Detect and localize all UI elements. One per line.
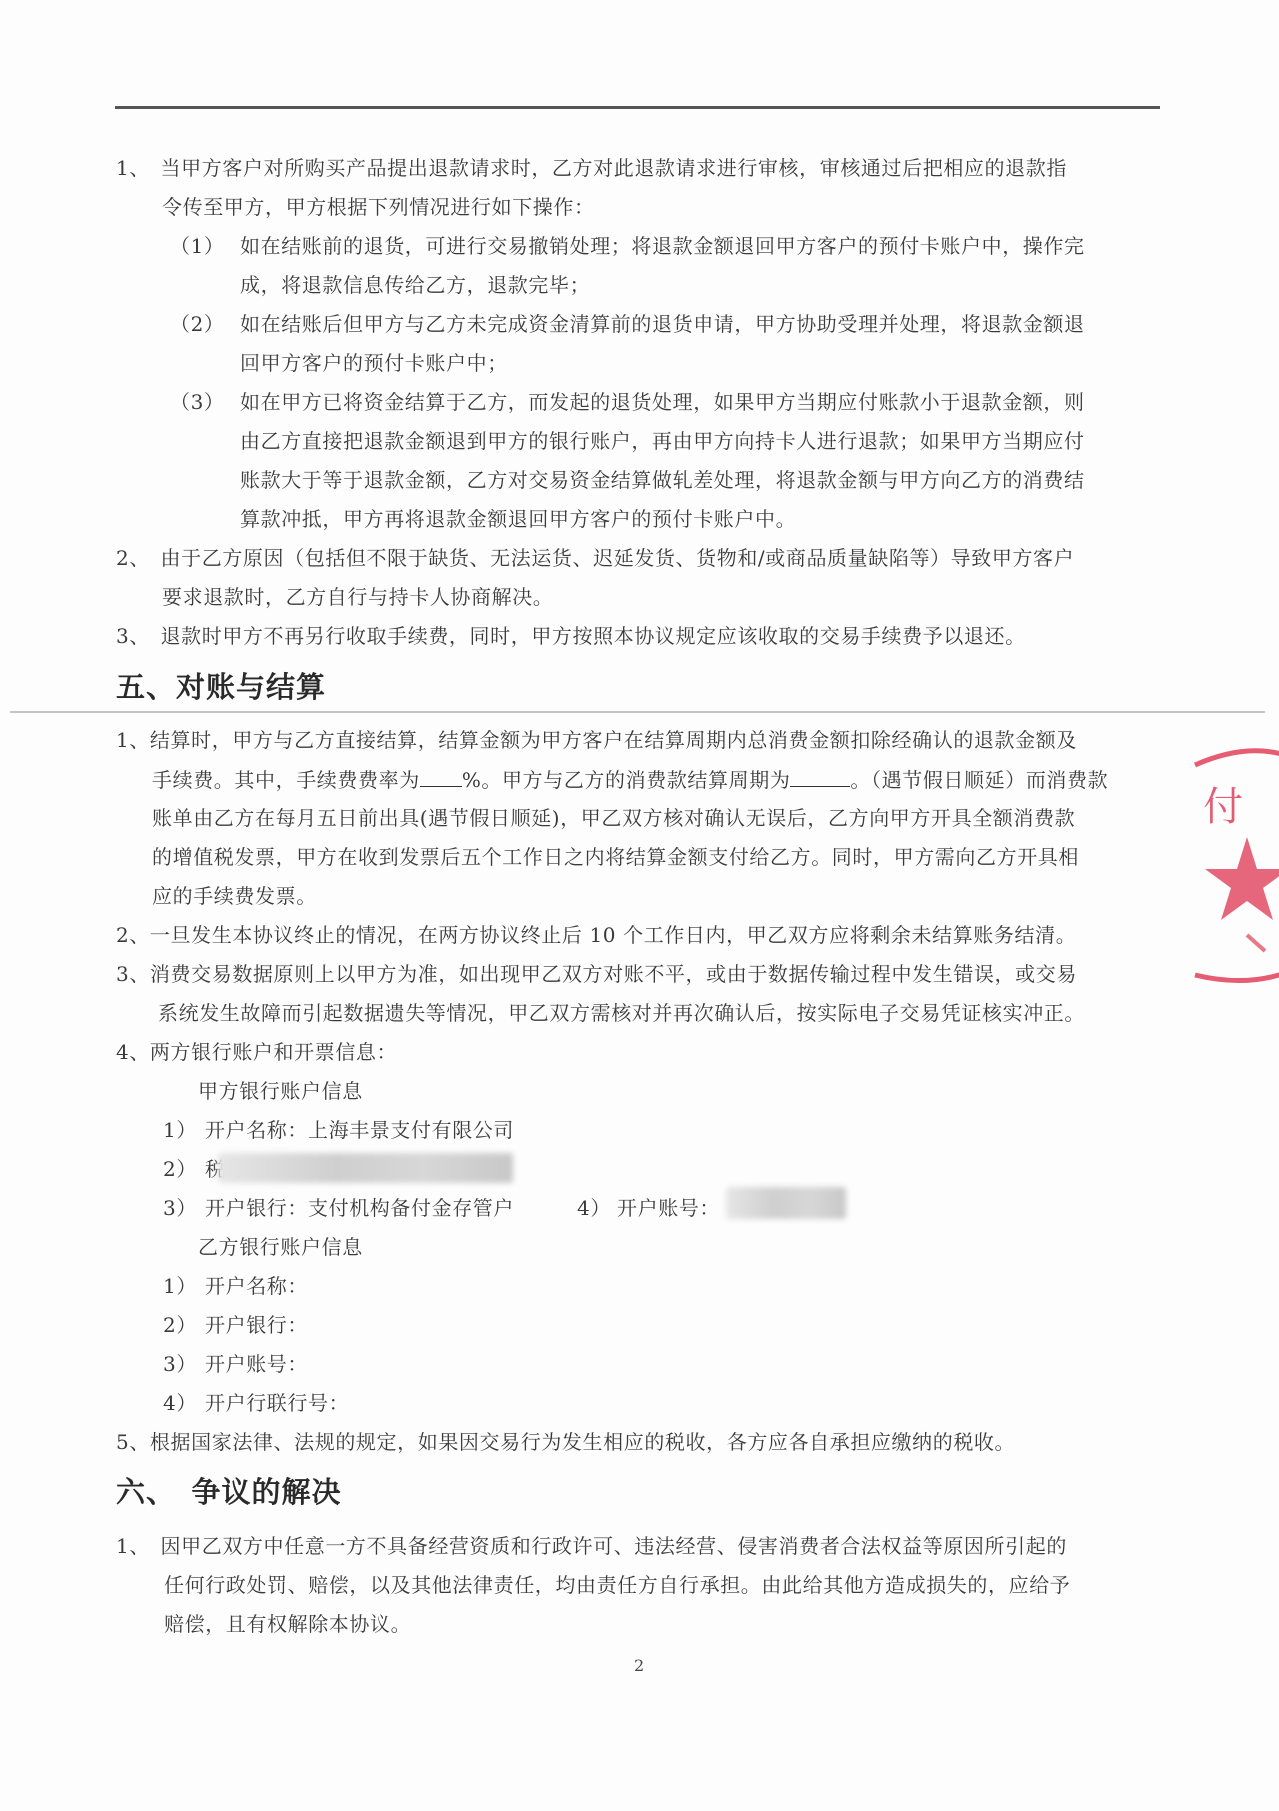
party-b-account-name-label: 开户名称： bbox=[205, 1273, 308, 1299]
s5-item2-line1: 2、一旦发生本协议终止的情况，在两方协议终止后 10 个工作日内，甲乙双方应将剩… bbox=[116, 922, 1076, 948]
s6-item1-line3: 赔偿，且有权解除本协议。 bbox=[164, 1611, 411, 1637]
party-b-f1-num: 1） bbox=[163, 1273, 197, 1299]
party-a-title: 甲方银行账户信息 bbox=[198, 1078, 363, 1104]
s4-sub1-num: （1） bbox=[170, 233, 225, 259]
party-a-account-number-redacted bbox=[726, 1187, 846, 1219]
s4-sub2-num: （2） bbox=[170, 311, 225, 337]
s5-item3-line2: 系统发生故障而引起数据遗失等情况，甲乙双方需核对并再次确认后，按实际电子交易凭证… bbox=[158, 1000, 1085, 1026]
s4-item1-line2: 令传至甲方，甲方根据下列情况进行如下操作： bbox=[162, 194, 595, 220]
header-rule bbox=[115, 106, 1160, 109]
party-a-f1-num: 1） bbox=[163, 1117, 197, 1143]
s5-item5-line1: 5、根据国家法律、法规的规定，如果因交易行为发生相应的税收，各方应各自承担应缴纳… bbox=[116, 1429, 1015, 1455]
s4-sub2-line1: 如在结账后但甲方与乙方未完成资金清算前的退货申请，甲方协助受理并处理，将退款金额… bbox=[240, 311, 1085, 337]
party-a-bank: 开户银行：支付机构备付金存管户 bbox=[205, 1195, 514, 1221]
party-b-account-number-label: 开户账号： bbox=[205, 1351, 308, 1377]
s4-item1-line1: 1、 当甲方客户对所购买产品提出退款请求时，乙方对此退款请求进行审核，审核通过后… bbox=[116, 155, 1067, 181]
s4-sub3-num: （3） bbox=[170, 389, 225, 415]
party-a-tax-id-redacted bbox=[218, 1153, 513, 1183]
s4-sub1-line1: 如在结账前的退货，可进行交易撤销处理；将退款金额退回甲方客户的预付卡账户中，操作… bbox=[240, 233, 1085, 259]
party-b-f2-num: 2） bbox=[163, 1312, 197, 1338]
section5-heading: 五、对账与结算 bbox=[116, 665, 326, 706]
party-a-f3-num: 3） bbox=[163, 1195, 197, 1221]
s4-sub3-line1: 如在甲方已将资金结算于乙方，而发起的退货处理，如果甲方当期应付账款小于退款金额，… bbox=[240, 389, 1085, 415]
party-a-f4-num: 4） bbox=[577, 1195, 611, 1221]
party-b-bank-label: 开户银行： bbox=[205, 1312, 308, 1338]
section5-rule bbox=[10, 711, 1265, 713]
section6-heading: 六、 争议的解决 bbox=[116, 1470, 342, 1511]
s5-item1-line1: 1、结算时，甲方与乙方直接结算，结算金额为甲方客户在结算周期内总消费金额扣除经确… bbox=[116, 727, 1077, 753]
s5-item1-line5: 应的手续费发票。 bbox=[152, 883, 317, 909]
s4-sub1-line2: 成，将退款信息传给乙方，退款完毕； bbox=[240, 272, 590, 298]
party-a-account-number-label: 开户账号： bbox=[617, 1195, 720, 1221]
s4-sub3-line2: 由乙方直接把退款金额退到甲方的银行账户，再由甲方向持卡人进行退款；如果甲方当期应… bbox=[240, 428, 1085, 454]
s6-item1-line2: 任何行政处罚、赔偿，以及其他法律责任，均由责任方自行承担。由此给其他方造成损失的… bbox=[164, 1572, 1070, 1598]
company-seal-icon: 付 bbox=[1185, 725, 1279, 995]
s5-item4-line1: 4、两方银行账户和开票信息： bbox=[116, 1039, 397, 1065]
fee-rate-blank[interactable] bbox=[420, 766, 462, 787]
party-a-f2-num: 2） bbox=[163, 1156, 197, 1182]
s4-item2-line2: 要求退款时，乙方自行与持卡人协商解决。 bbox=[162, 584, 553, 610]
s4-sub3-line4: 算款冲抵，甲方再将退款金额退回甲方客户的预付卡账户中。 bbox=[240, 506, 796, 532]
s5-item1-line2-a: 手续费。其中，手续费费率为 bbox=[152, 768, 420, 792]
s5-item3-line1: 3、消费交易数据原则上以甲方为准，如出现甲乙双方对账不平，或由于数据传输过程中发… bbox=[116, 961, 1077, 987]
page-number: 2 bbox=[634, 1656, 644, 1675]
party-b-title: 乙方银行账户信息 bbox=[198, 1234, 363, 1260]
s4-item3-line1: 3、 退款时甲方不再另行收取手续费，同时，甲方按照本协议规定应该收取的交易手续费… bbox=[116, 623, 1026, 649]
party-b-f3-num: 3） bbox=[163, 1351, 197, 1377]
party-a-account-name: 开户名称：上海丰景支付有限公司 bbox=[205, 1117, 514, 1143]
s5-item1-line2: 手续费。其中，手续费费率为%。甲方与乙方的消费款结算周期为。（遇节假日顺延）而消… bbox=[152, 766, 1108, 793]
s4-sub2-line2: 回甲方客户的预付卡账户中； bbox=[240, 350, 508, 376]
s4-item2-line1: 2、 由于乙方原因（包括但不限于缺货、无法运货、迟延发货、货物和/或商品质量缺陷… bbox=[116, 545, 1074, 571]
svg-text:付: 付 bbox=[1203, 784, 1243, 830]
s5-item1-line4: 的增值税发票，甲方在收到发票后五个工作日之内将结算金额支付给乙方。同时，甲方需向… bbox=[152, 844, 1079, 870]
s5-item1-line3: 账单由乙方在每月五日前出具(遇节假日顺延)，甲乙双方核对确认无误后，乙方向甲方开… bbox=[152, 805, 1075, 831]
s4-sub3-line3: 账款大于等于退款金额，乙方对交易资金结算做轧差处理，将退款金额与甲方向乙方的消费… bbox=[240, 467, 1085, 493]
s5-item1-line2-b: %。甲方与乙方的消费款结算周期为 bbox=[462, 768, 791, 792]
s5-item1-line2-c: 。（遇节假日顺延）而消费款 bbox=[850, 768, 1108, 792]
party-b-f4-num: 4） bbox=[163, 1390, 197, 1416]
s6-item1-line1: 1、 因甲乙双方中任意一方不具备经营资质和行政许可、违法经营、侵害消费者合法权益… bbox=[116, 1533, 1067, 1559]
party-b-bank-code-label: 开户行联行号： bbox=[205, 1390, 349, 1416]
settlement-period-blank[interactable] bbox=[790, 766, 850, 787]
